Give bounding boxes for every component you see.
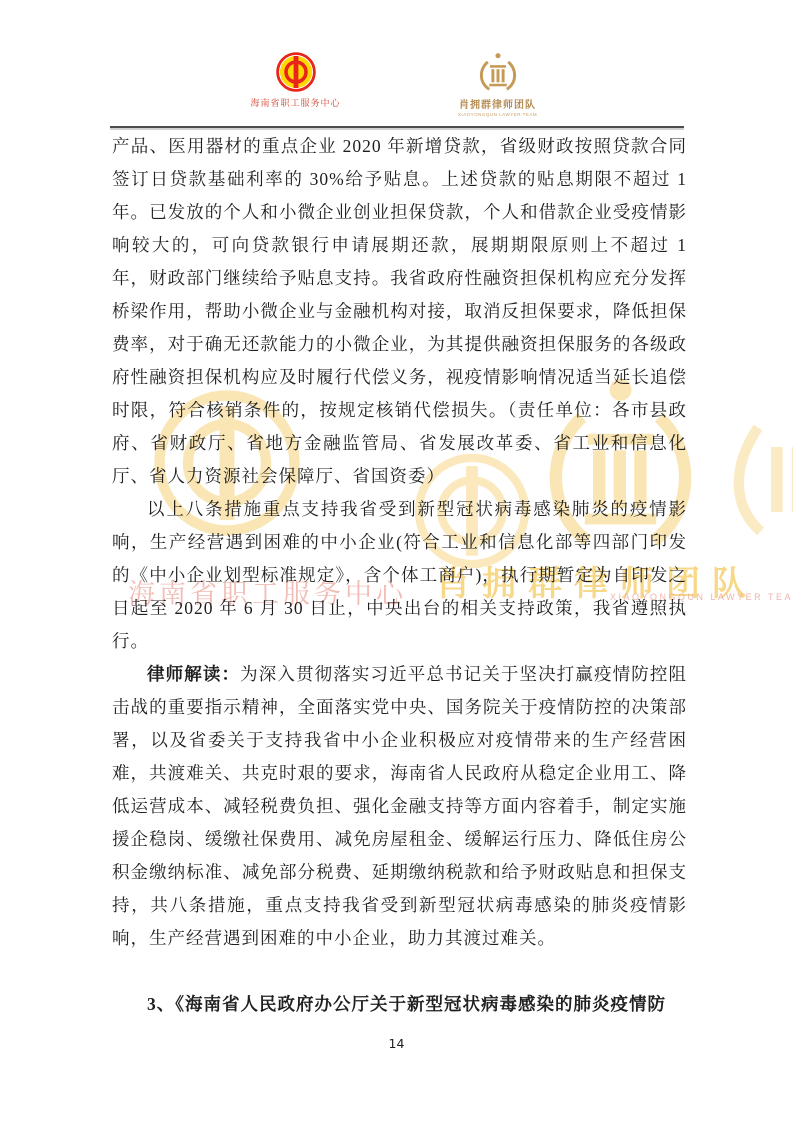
- union-logo-icon: [276, 52, 316, 92]
- right-logo: 肖拥群律师团队 XIAOYONGQUN LAWYER TEAM: [423, 52, 573, 117]
- paragraph-lawyer-commentary: 律师解读：为深入贯彻落实习近平总书记关于坚决打赢疫情防控阻击战的重要指示精神，全…: [112, 658, 687, 955]
- page-number: 14: [389, 1036, 405, 1051]
- right-logo-caption-english: XIAOYONGQUN LAWYER TEAM: [458, 112, 537, 117]
- page-footer: 14: [0, 1036, 793, 1051]
- document-page: 海南省职工服务中心 肖拥群律师团队 XIAOYONGQUN LAWYER TEA…: [0, 0, 793, 1122]
- paragraph-summary: 以上八条措施重点支持我省受到新型冠状病毒感染肺炎的疫情影响，生产经营遇到困难的中…: [112, 493, 687, 658]
- watermark-partial-emblem-icon: [732, 408, 793, 538]
- document-body: 产品、医用器材的重点企业 2020 年新增贷款，省级财政按照贷款合同签订日贷款基…: [112, 130, 687, 1021]
- section-heading: 3、《海南省人民政府办公厅关于新型冠状病毒感染的肺炎疫情防: [112, 988, 687, 1021]
- lawyer-commentary-text: 为深入贯彻落实习近平总书记关于坚决打赢疫情防控阻击战的重要指示精神，全面落实党中…: [112, 664, 687, 948]
- right-logo-caption: 肖拥群律师团队: [459, 96, 536, 111]
- page-header: 海南省职工服务中心 肖拥群律师团队 XIAOYONGQUN LAWYER TEA…: [0, 52, 793, 117]
- lawyer-team-logo-icon: [475, 52, 521, 94]
- lawyer-commentary-label: 律师解读：: [147, 664, 240, 684]
- left-logo-caption: 海南省职工服务中心: [250, 96, 340, 109]
- left-logo: 海南省职工服务中心: [221, 52, 371, 109]
- header-divider: [110, 126, 684, 128]
- paragraph-continuation: 产品、医用器材的重点企业 2020 年新增贷款，省级财政按照贷款合同签订日贷款基…: [112, 130, 687, 493]
